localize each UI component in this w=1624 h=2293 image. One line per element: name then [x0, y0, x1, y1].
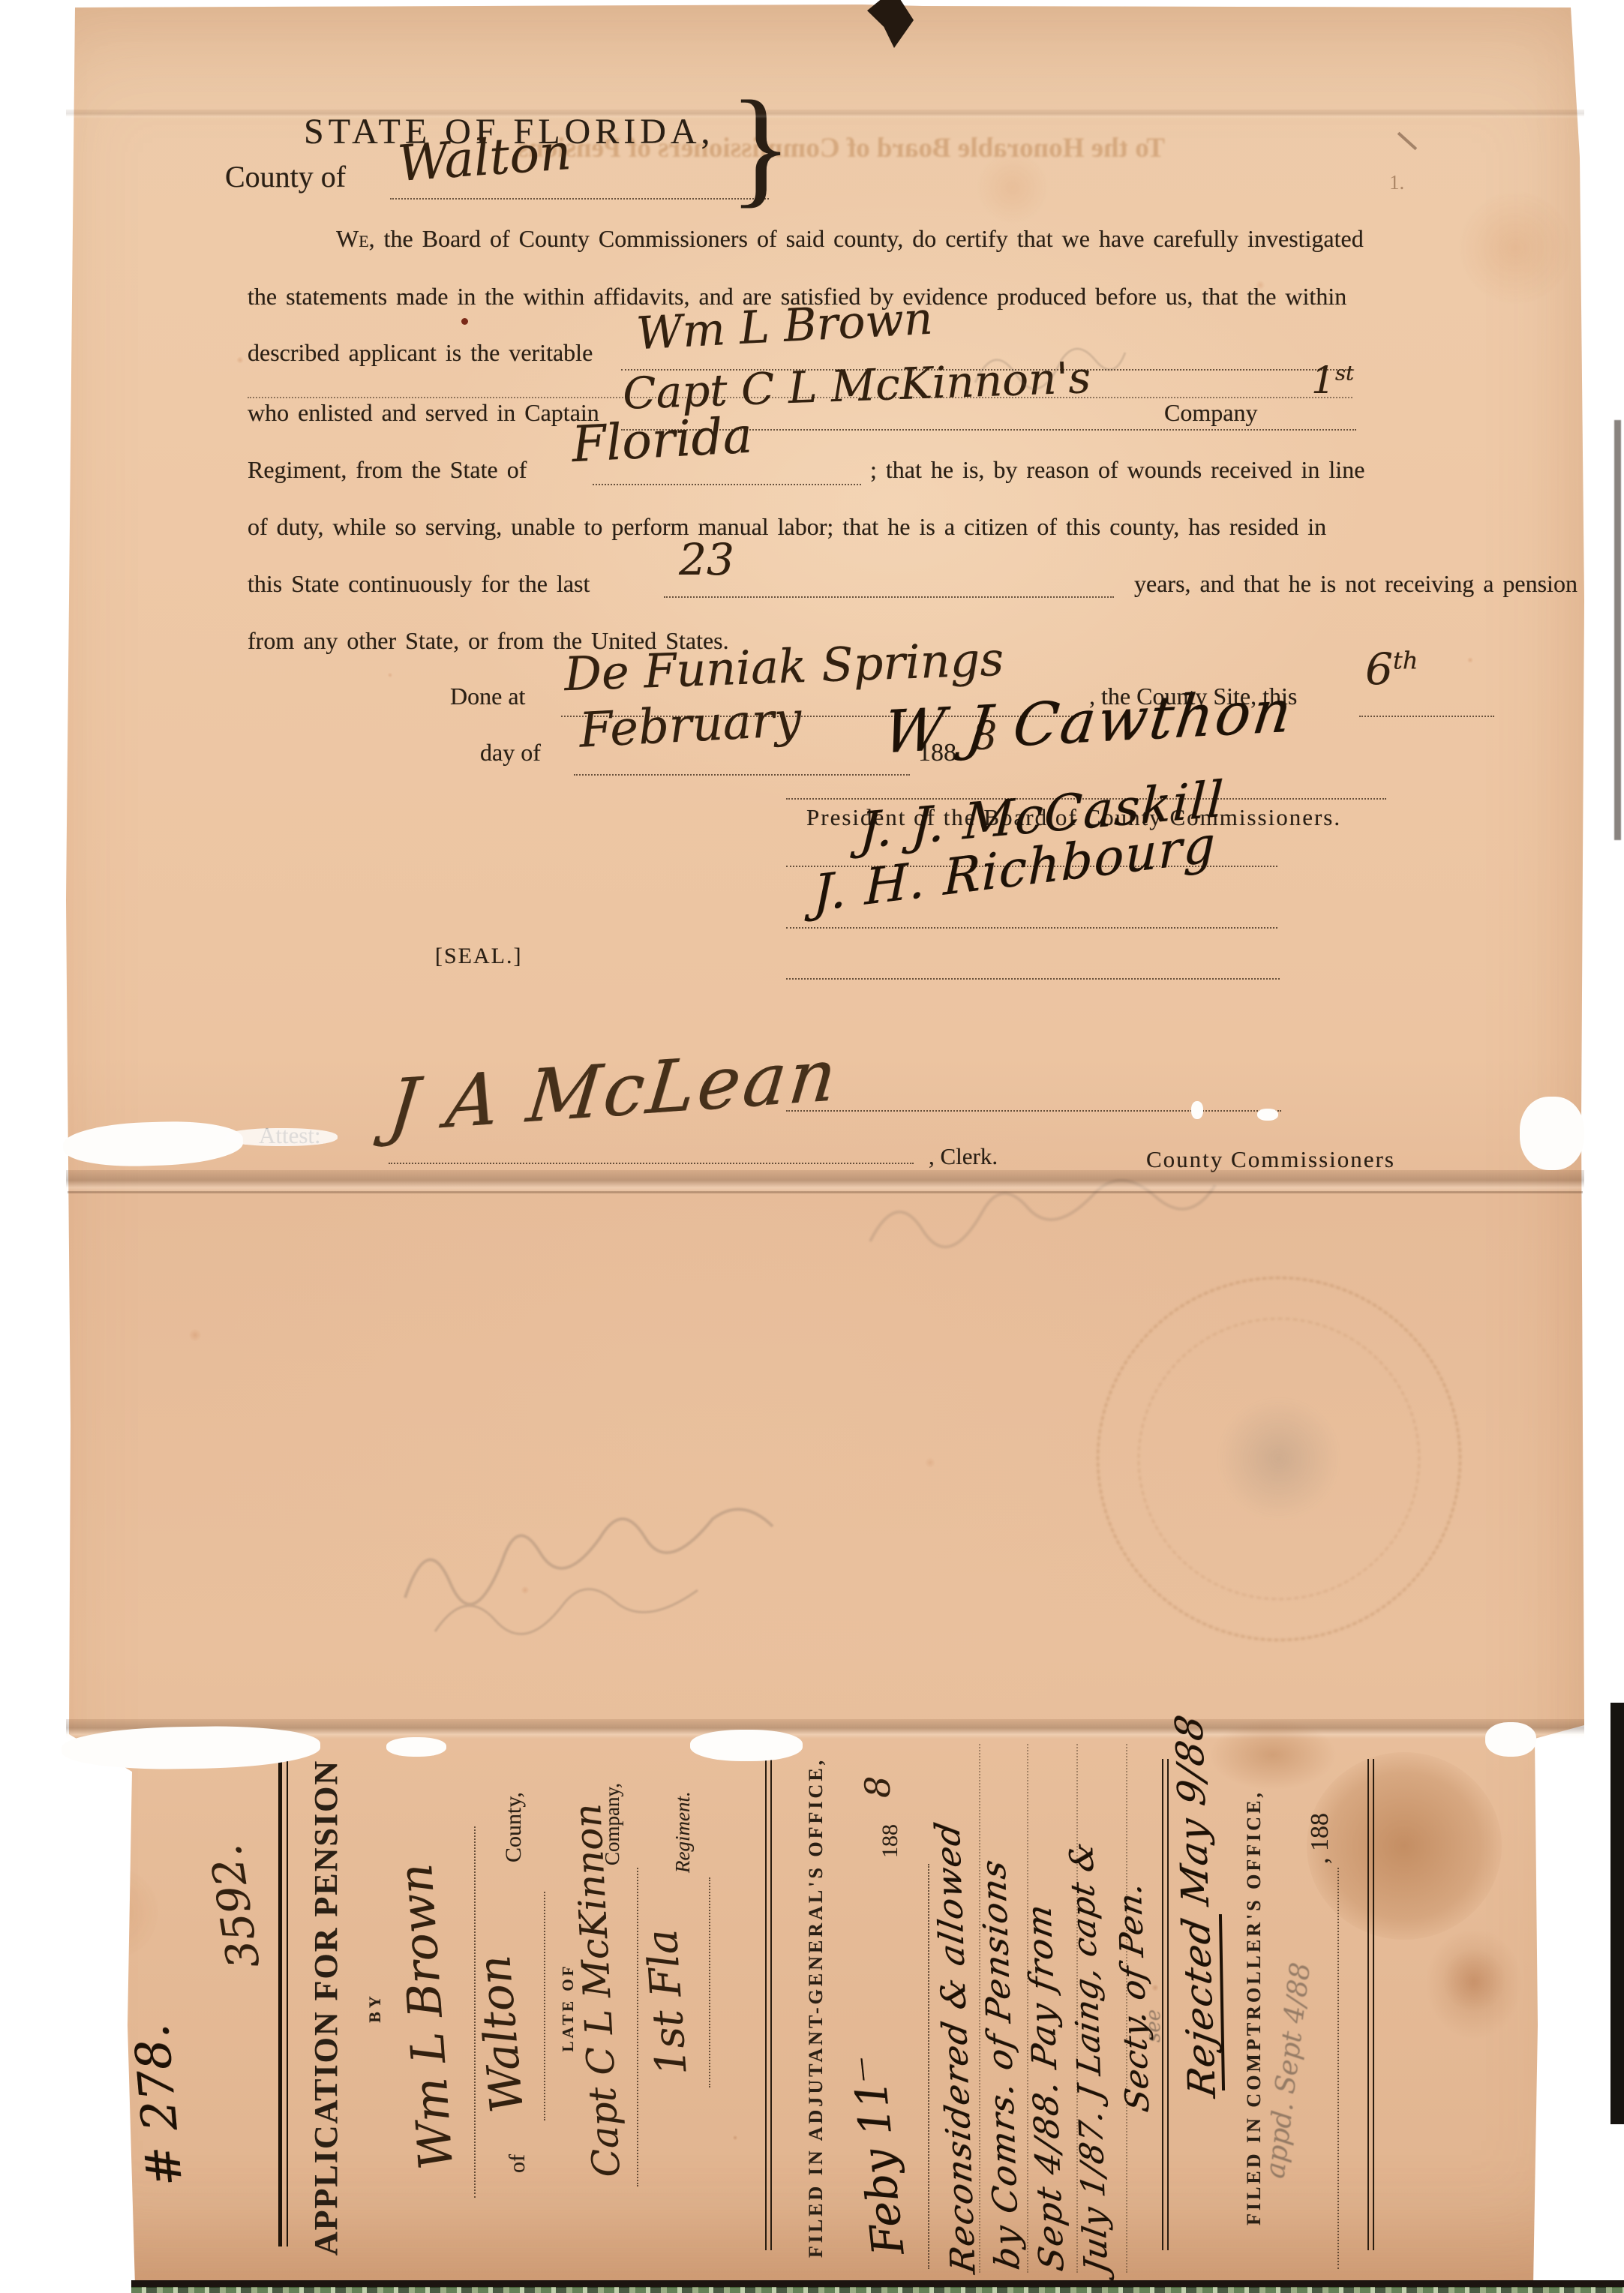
years-rest: years, and that he is not receiving a pe… [1134, 570, 1577, 598]
docket-filed-year-printed: 188 [878, 1824, 903, 1858]
company-label: Company [1164, 399, 1257, 427]
scan-edge-right-sliver [1614, 420, 1621, 840]
county-label: County of [225, 159, 346, 194]
docket-panel: # 278. 3592. APPLICATION FOR PENSION BY … [131, 1731, 1534, 2284]
docket-title: APPLICATION FOR PENSION [307, 1731, 345, 2284]
day-of-label: day of [480, 739, 541, 767]
docket-adjutant-label: FILED IN ADJUTANT-GENERAL'S OFFICE, [805, 1731, 827, 2284]
scanned-document: To the Honorable Board of Commissioners … [0, 0, 1624, 2293]
scan-noise-strip [131, 2287, 1624, 2293]
body-line-1-rest: the Board of County Commissioners of sai… [375, 225, 1364, 252]
docket-filed-year-digit: 8 [857, 1776, 898, 1798]
blank-commissioner-line-2 [786, 1109, 1281, 1112]
docket-filed-line [926, 1864, 929, 2269]
applicant-label: described applicant is the veritable [248, 339, 593, 367]
docket-regiment-value: 1st Fla [638, 1928, 696, 2077]
regiment-rest: ; that he is, by reason of wounds receiv… [870, 456, 1364, 484]
we-smallcaps: We, [336, 225, 375, 252]
day-suffix: th [1393, 647, 1418, 675]
body-line-6: of duty, while so serving, unable to per… [248, 513, 1448, 541]
docket-company-label: Company, [601, 1783, 624, 1865]
company-number-suffix: st [1335, 361, 1354, 385]
docket-filed-date-text: Feby 11 [845, 2078, 914, 2257]
years-line [664, 595, 1114, 598]
bleed-through-writing [390, 1448, 810, 1643]
docket-regiment-label: Regiment. [671, 1791, 695, 1873]
docket-county-label: County, [501, 1792, 527, 1862]
tear-fold2-right [1485, 1722, 1536, 1757]
docket-rejected-note: Rejected May 9/88 [1167, 1711, 1224, 2100]
state-line [593, 482, 861, 485]
docket-comptroller-pencil: appd. Sept 4/88 [1260, 1961, 1317, 2180]
body-line-1: We, the Board of County Commissioners of… [248, 225, 1448, 253]
month-line [574, 773, 910, 776]
done-at-label: Done at [450, 683, 525, 710]
tear-speck-1 [1191, 1101, 1203, 1119]
pencil-scribble-ghost [968, 323, 1133, 405]
ghost-page-number: 1. [1389, 171, 1404, 194]
docket-regiment-line [707, 1877, 710, 2087]
fold-band-3 [66, 110, 1584, 119]
blank-commissioner-line-1 [786, 977, 1280, 980]
docket-note-5: Secty. of Pen. [1111, 1879, 1157, 2114]
tear-fold2-mid2 [690, 1730, 803, 1761]
month-value: February [578, 692, 803, 758]
docket-rule-bottom [1367, 1759, 1374, 2250]
captain-label: who enlisted and served in Captain [248, 399, 599, 427]
header-brace: } [729, 81, 792, 212]
years-value: 23 [679, 534, 734, 585]
company-number: 1 [1311, 359, 1335, 402]
docket-company-line [635, 1868, 638, 2186]
docket-of-label: of [505, 2154, 530, 2173]
docket-county-line [542, 1892, 545, 2120]
docket-comptroller-year: , 188 [1306, 1813, 1334, 1864]
docket-applicant: Wm L Brown [388, 1862, 464, 2171]
day-line [1359, 714, 1494, 717]
docket-case-number: # 278. [125, 2022, 194, 2189]
state-value: Florida [570, 407, 754, 474]
years-label: this State continuously for the last [248, 570, 590, 598]
docket-comptroller-line [1336, 1868, 1339, 2269]
clerk-line [389, 1161, 914, 1164]
company-number-value: 1st [1311, 359, 1354, 402]
docket-county-value: Walton [468, 1953, 534, 2115]
county-value: Walton [396, 123, 573, 193]
docket-rule-top [278, 1759, 288, 2246]
ink-speck [461, 318, 468, 325]
day-number: 6 [1365, 644, 1393, 695]
tear-fold1-right [1520, 1097, 1584, 1170]
tear-speck-2 [1257, 1109, 1278, 1121]
scan-edge-right-strip [1610, 1703, 1624, 2124]
county-line [390, 197, 769, 200]
docket-rule-3 [1162, 1759, 1169, 2250]
docket-comptroller-label: FILED IN COMPTROLLER'S OFFICE, [1243, 1731, 1265, 2284]
docket-filed-date: Feby 11— [842, 2054, 914, 2258]
day-value: 6th [1365, 644, 1418, 695]
docket-note-4: July 1/87. J Laing, capt & [1063, 1838, 1115, 2276]
commissioner-line-2 [786, 926, 1277, 929]
tear-fold2-mid1 [386, 1737, 446, 1757]
tear-fold1-mid [225, 1128, 338, 1146]
regiment-label: Regiment, from the State of [248, 456, 527, 484]
docket-rule-2 [765, 1759, 772, 2250]
docket-filed-dash: — [845, 2057, 876, 2084]
fold-band-1 [66, 1170, 1584, 1193]
seal-label: [SEAL.] [435, 944, 522, 969]
docket-by-label: BY [365, 1731, 385, 2284]
docket-file-number: 3592. [200, 1841, 269, 1973]
